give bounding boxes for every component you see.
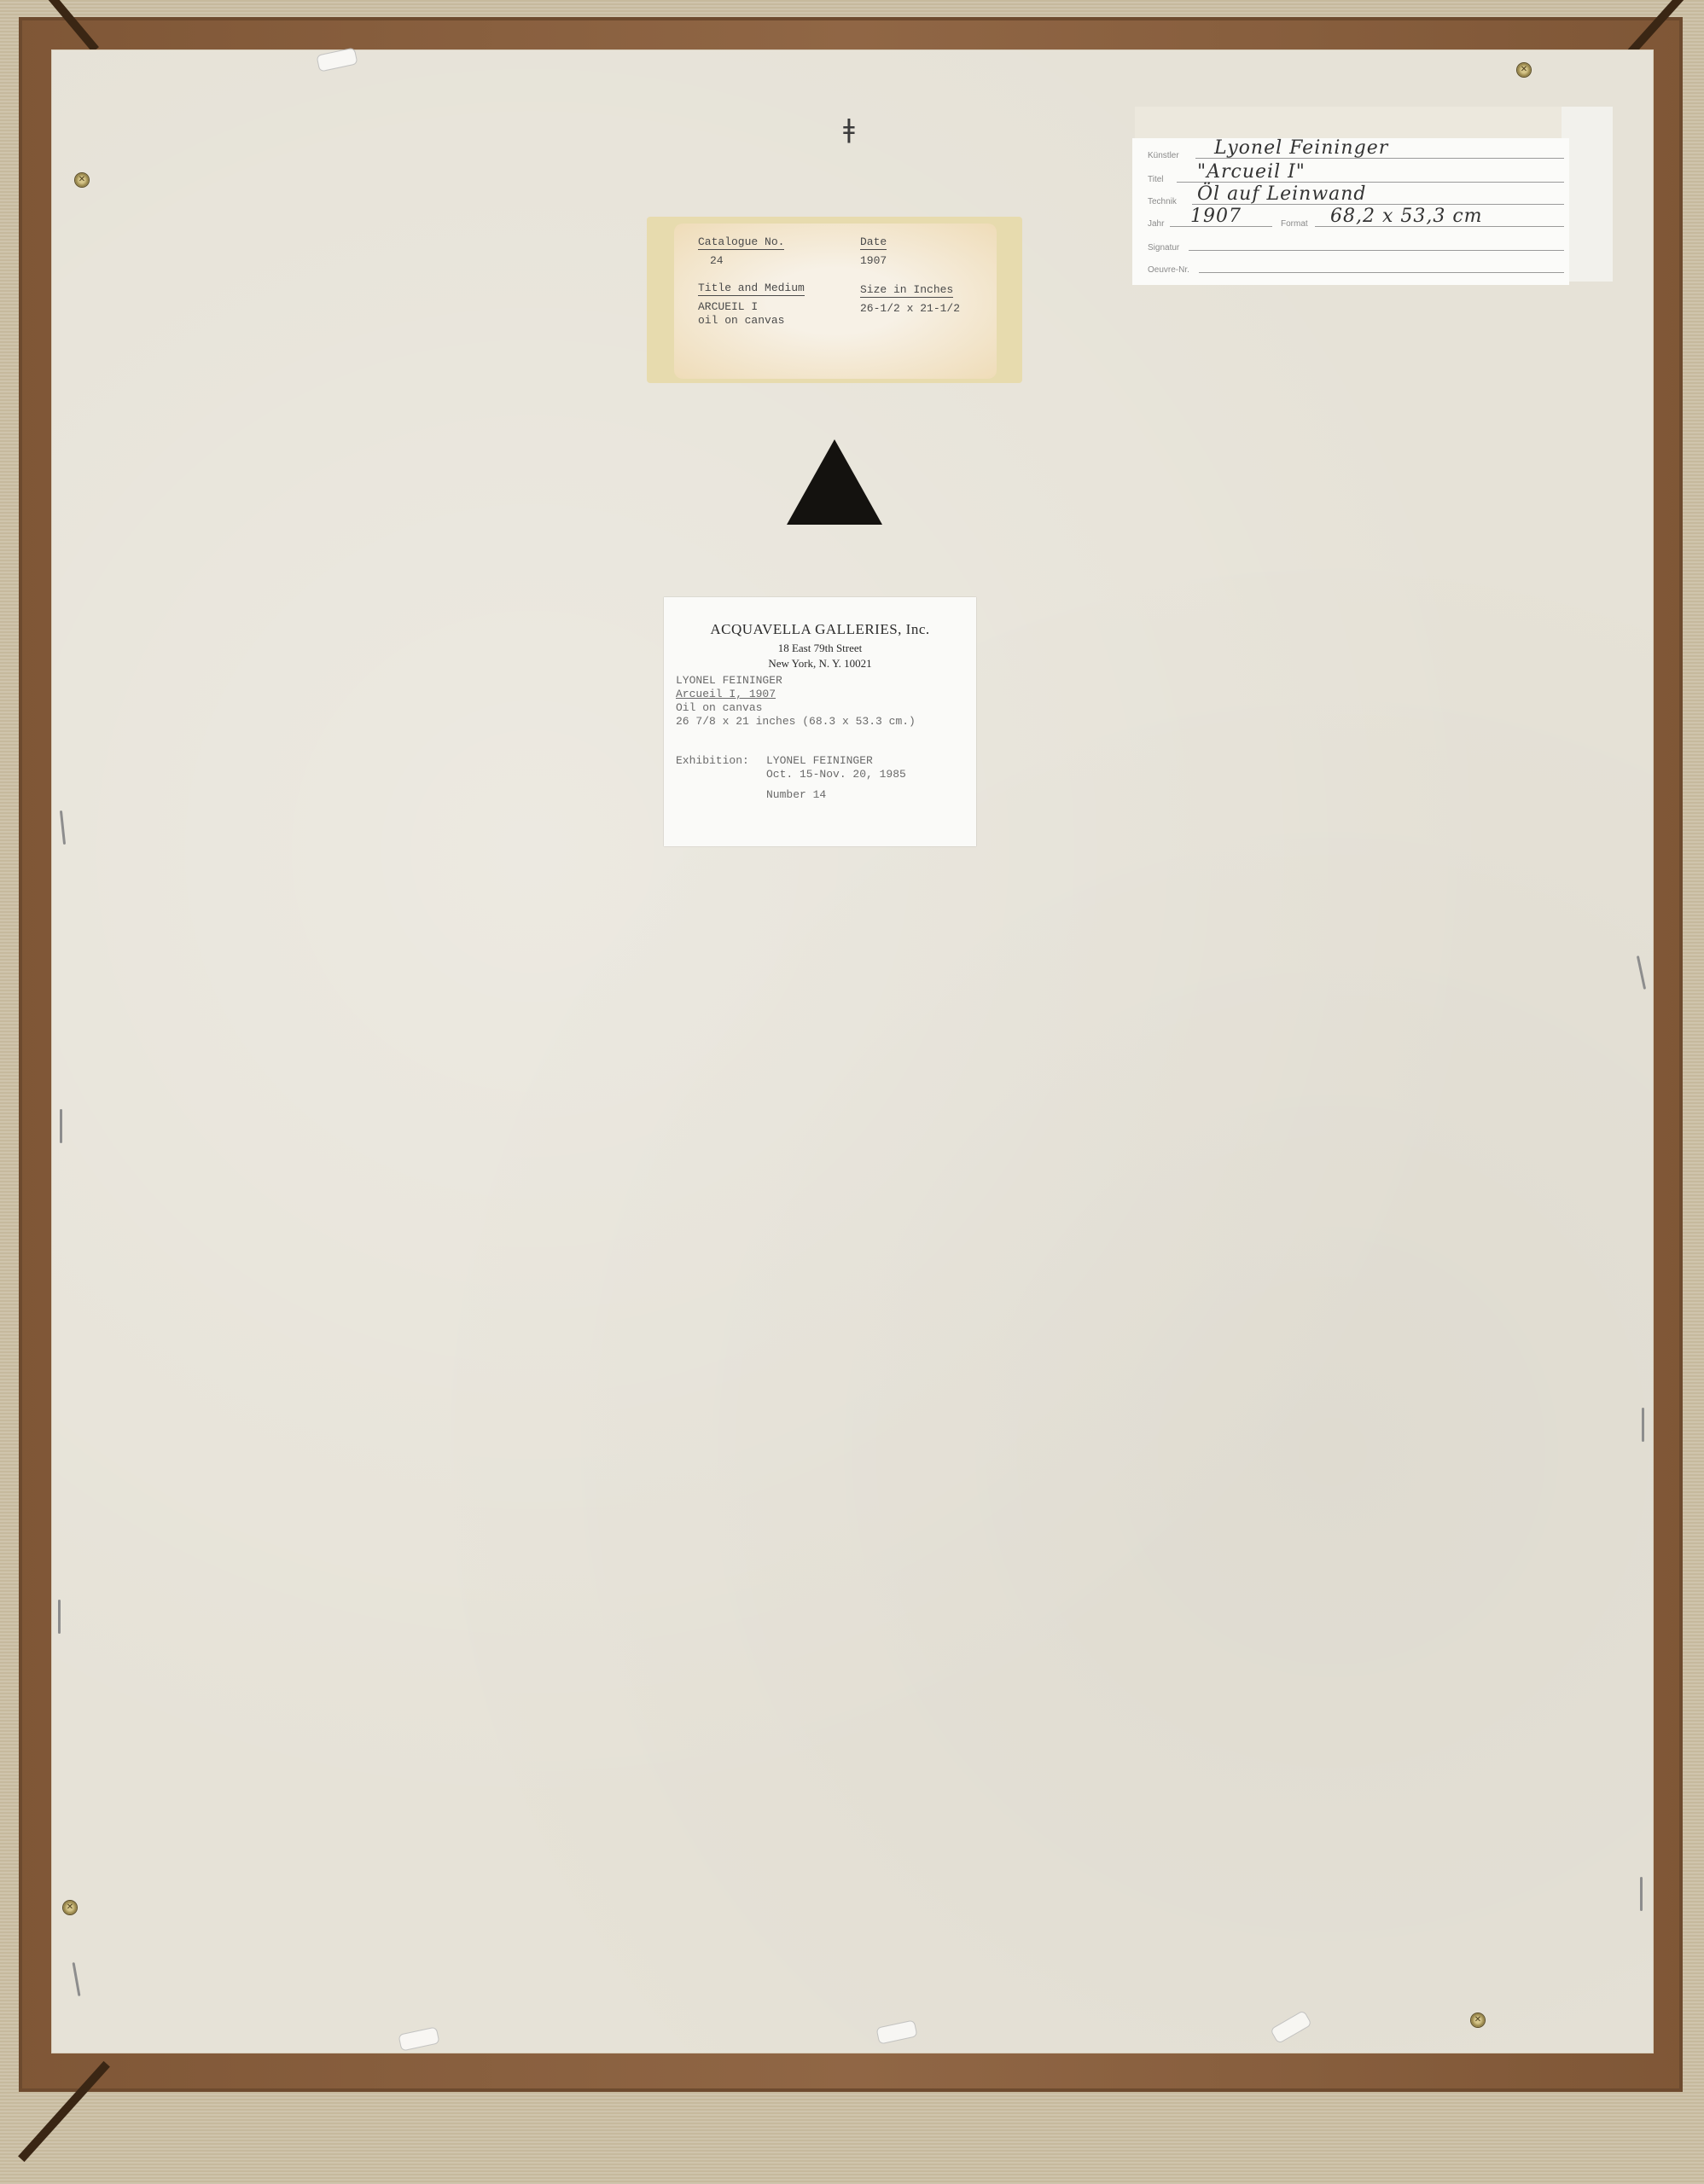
exhibition-number: Number 14 bbox=[766, 788, 826, 801]
artist-name: LYONEL FEININGER bbox=[676, 674, 782, 687]
date-value: 1907 bbox=[860, 254, 887, 268]
exhibition-name: LYONEL FEININGER bbox=[766, 754, 873, 767]
staple bbox=[58, 1600, 61, 1634]
gallery-name: ACQUAVELLA GALLERIES, Inc. bbox=[664, 621, 976, 638]
label-row-oeuvre: Oeuvre-Nr. bbox=[1148, 258, 1564, 275]
label-row-kuenstler: Künstler Lyonel Feininger bbox=[1148, 143, 1564, 160]
triangle-cutout bbox=[787, 439, 882, 525]
staple bbox=[1642, 1408, 1644, 1442]
artwork-dimensions: 26 7/8 x 21 inches (68.3 x 53.3 cm.) bbox=[676, 715, 916, 728]
title-value: ARCUEIL I bbox=[698, 300, 758, 314]
handwritten-format: 68,2 x 53,3 cm bbox=[1330, 206, 1483, 227]
screw-icon bbox=[1517, 63, 1531, 77]
catalogue-no: 24 bbox=[710, 254, 724, 268]
exhibition-label: Exhibition: bbox=[676, 754, 749, 767]
pencil-mark: ǂ bbox=[843, 114, 855, 144]
label-row-jahr: Jahr 1907 Format 68,2 x 53,3 cm bbox=[1148, 212, 1564, 229]
artwork-medium: Oil on canvas bbox=[676, 701, 762, 714]
label-row-signatur: Signatur bbox=[1148, 235, 1564, 253]
artist-info-label: Künstler Lyonel Feininger Titel "Arcueil… bbox=[1132, 138, 1569, 285]
catalogue-no-heading: Catalogue No. bbox=[698, 235, 784, 250]
medium-value: oil on canvas bbox=[698, 314, 784, 328]
label-row-titel: Titel "Arcueil I" bbox=[1148, 167, 1564, 184]
canvas-edge-bottom bbox=[0, 2082, 1704, 2184]
exhibition-dates: Oct. 15-Nov. 20, 1985 bbox=[766, 768, 906, 781]
handwritten-technique: Öl auf Leinwand bbox=[1197, 183, 1367, 205]
screw-icon bbox=[1471, 2013, 1485, 2027]
handwritten-title: "Arcueil I" bbox=[1197, 161, 1306, 183]
gallery-address-1: 18 East 79th Street bbox=[664, 642, 976, 655]
adhesive-tape bbox=[1562, 107, 1613, 282]
staple bbox=[1640, 1877, 1643, 1911]
handwritten-year: 1907 bbox=[1190, 206, 1242, 227]
handwritten-artist: Lyonel Feininger bbox=[1214, 137, 1388, 159]
label-row-technik: Technik Öl auf Leinwand bbox=[1148, 189, 1564, 206]
screw-icon bbox=[75, 173, 89, 187]
date-heading: Date bbox=[860, 235, 887, 250]
size-heading: Size in Inches bbox=[860, 283, 953, 298]
gallery-label: ACQUAVELLA GALLERIES, Inc. 18 East 79th … bbox=[664, 597, 976, 846]
screw-icon bbox=[63, 1901, 77, 1914]
catalogue-label: Catalogue No. 24 Date 1907 Title and Med… bbox=[674, 224, 997, 379]
size-value: 26-1/2 x 21-1/2 bbox=[860, 302, 960, 316]
staple bbox=[60, 1109, 62, 1143]
artwork-title-year: Arcueil I, 1907 bbox=[676, 688, 776, 700]
title-medium-heading: Title and Medium bbox=[698, 282, 805, 296]
gallery-address-2: New York, N. Y. 10021 bbox=[664, 657, 976, 671]
